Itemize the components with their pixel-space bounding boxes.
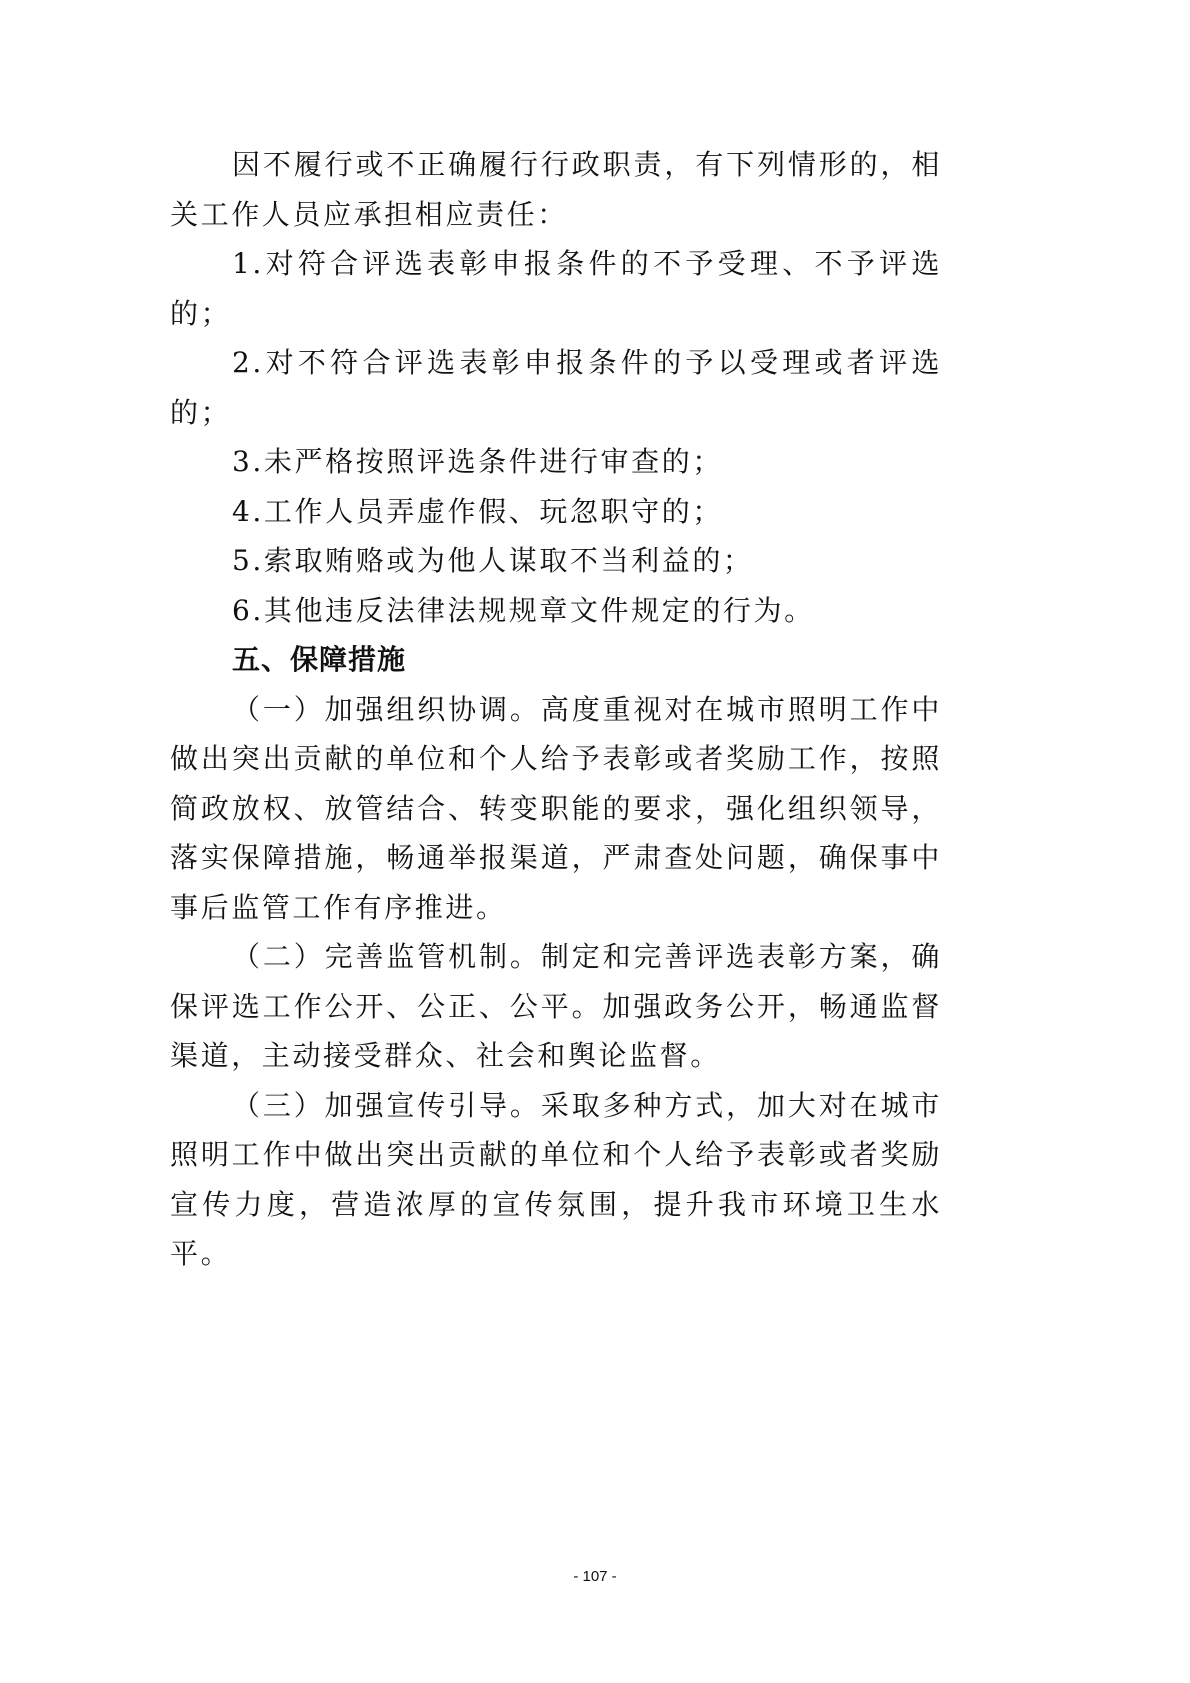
section-heading: 五、保障措施 [170,635,942,685]
measure-paragraph-1: （一）加强组织协调。高度重视对在城市照明工作中做出突出贡献的单位和个人给予表彰或… [170,685,942,933]
list-item-4: 4.工作人员弄虚作假、玩忽职守的； [170,487,942,537]
list-item-1: 1.对符合评选表彰申报条件的不予受理、不予评选的； [170,239,942,338]
list-item-2: 2.对不符合评选表彰申报条件的予以受理或者评选的； [170,338,942,437]
intro-paragraph: 因不履行或不正确履行行政职责，有下列情形的，相关工作人员应承担相应责任： [170,140,942,239]
list-item-5: 5.索取贿赂或为他人谋取不当利益的； [170,536,942,586]
measure-paragraph-2: （二）完善监管机制。制定和完善评选表彰方案，确保评选工作公开、公正、公平。加强政… [170,932,942,1081]
list-item-6: 6.其他违反法律法规规章文件规定的行为。 [170,586,942,636]
list-item-3: 3.未严格按照评选条件进行审查的； [170,437,942,487]
page-number: - 107 - [0,1568,1190,1585]
document-page: 因不履行或不正确履行行政职责，有下列情形的，相关工作人员应承担相应责任： 1.对… [170,140,942,1279]
measure-paragraph-3: （三）加强宣传引导。采取多种方式，加大对在城市照明工作中做出突出贡献的单位和个人… [170,1081,942,1279]
